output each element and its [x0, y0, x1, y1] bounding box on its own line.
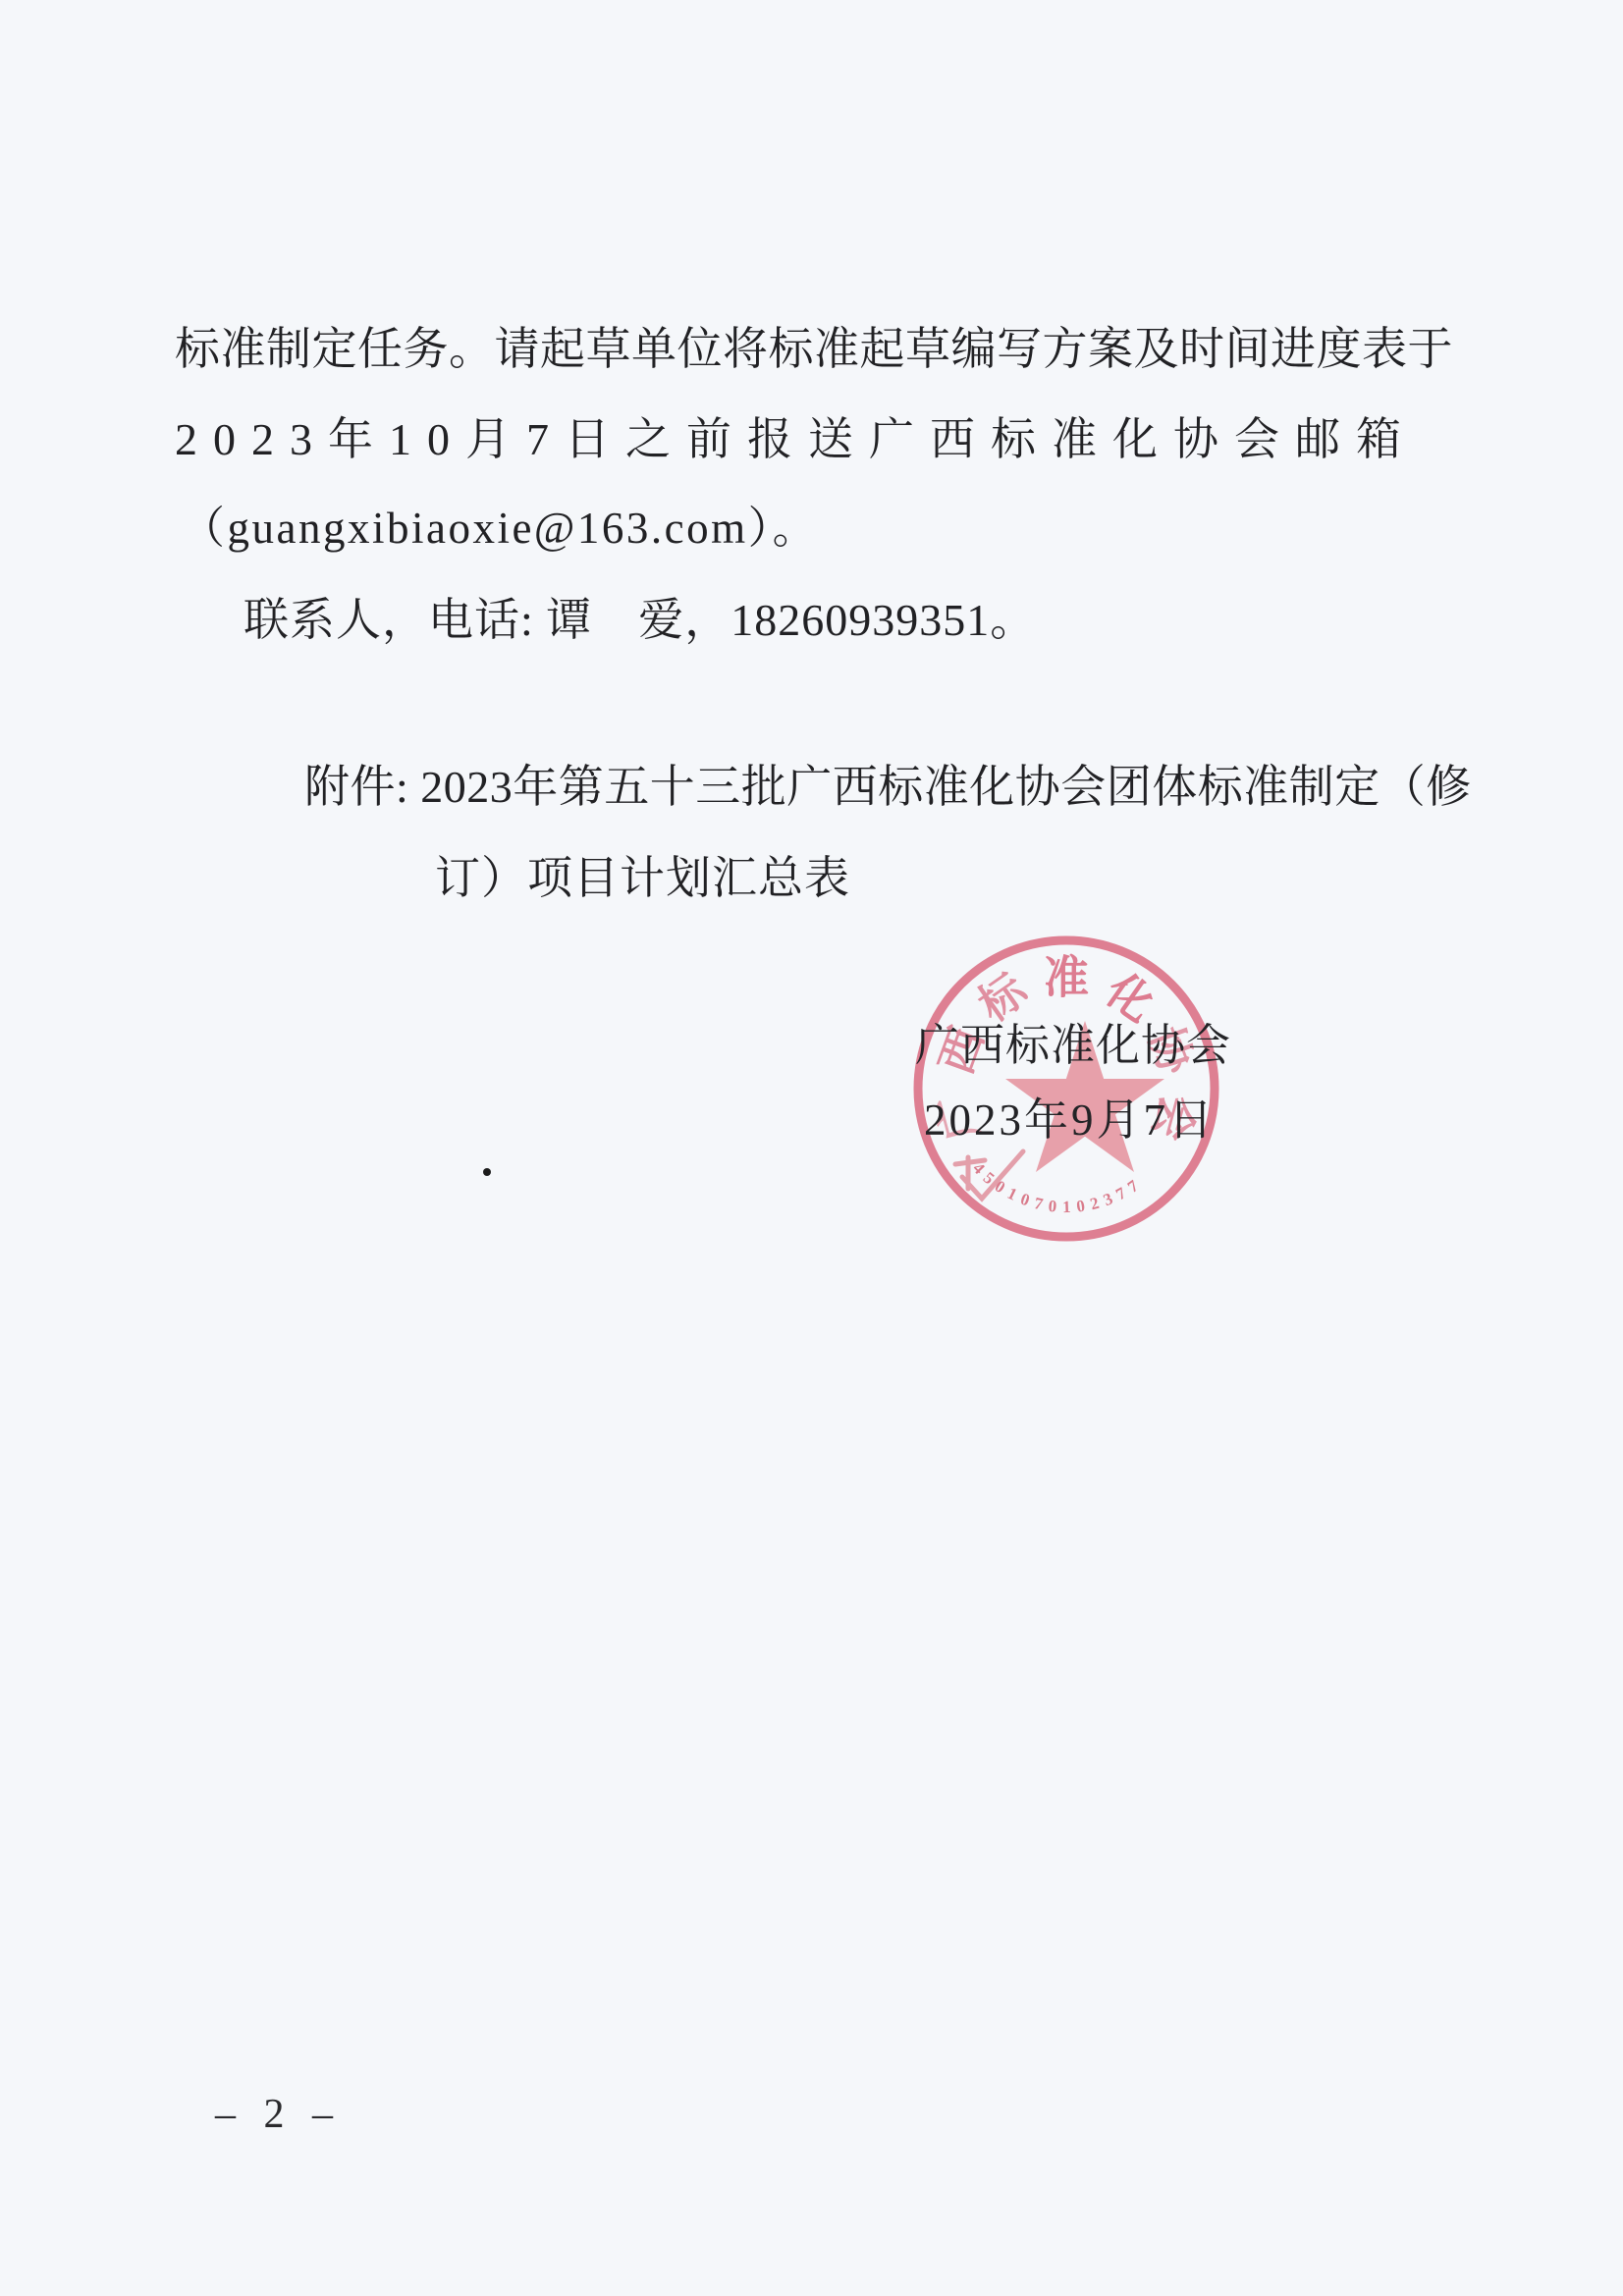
signature-organization: 广西标准化协会: [915, 1022, 1231, 1070]
ink-dot: [483, 1168, 491, 1176]
contact-line: 联系人，电话: 谭 爱，18260939351。: [243, 596, 1036, 645]
email-address-line: （guangxibiaoxie@163.com）。: [181, 505, 819, 553]
official-seal: 广 西 标 准 化 协 会 4501070102377: [909, 932, 1223, 1246]
body-paragraph-line: 2023年10月7日之前报送广西标准化协会邮箱: [175, 415, 1417, 464]
attachment-line: 附件: 2023年第五十三批广西标准化协会团体标准制定（修: [304, 763, 1472, 812]
official-seal-graphic: 广 西 标 准 化 协 会 4501070102377: [909, 932, 1223, 1246]
page-number: – 2 –: [215, 2091, 334, 2138]
scanned-letter-page: 标准制定任务。请起草单位将标准起草编写方案及时间进度表于 2023年10月7日之…: [0, 0, 1623, 2296]
attachment-line: 订）项目计划汇总表: [435, 854, 850, 903]
body-paragraph-line: 标准制定任务。请起草单位将标准起草编写方案及时间进度表于: [175, 325, 1453, 374]
seal-ring-char: 准: [1044, 953, 1089, 1003]
seal-serial-number: 4501070102377: [969, 1159, 1147, 1217]
signature-date: 2023年9月7日: [924, 1096, 1216, 1145]
